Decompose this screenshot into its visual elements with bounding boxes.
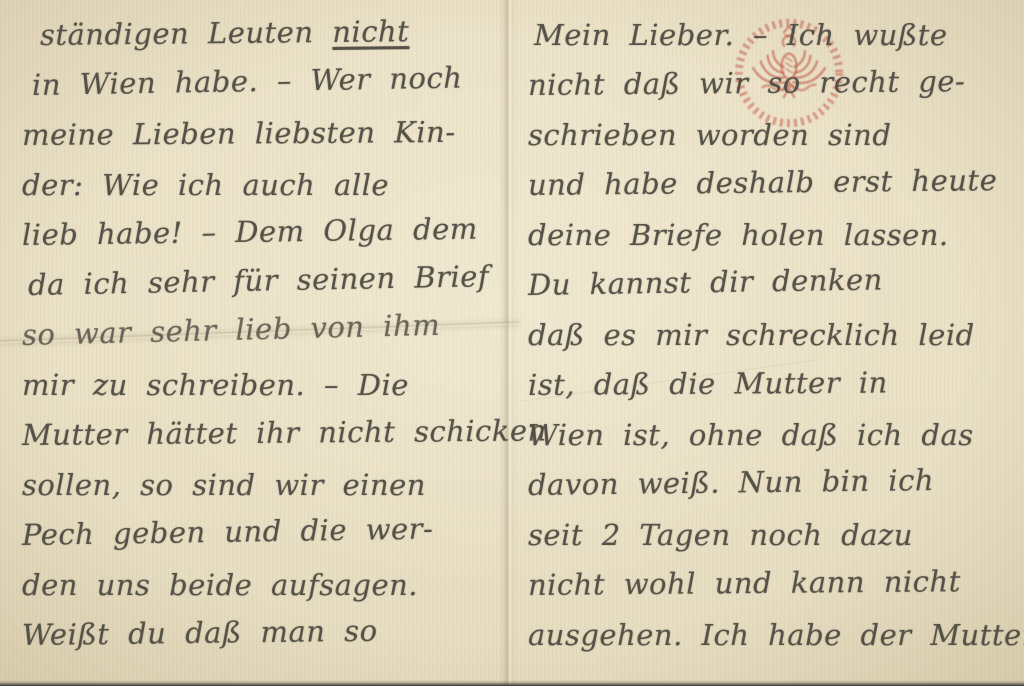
handwriting-line: Weißt du daß man so xyxy=(22,604,501,660)
handwriting-line: davon weiß. Nun bin ich xyxy=(528,454,1017,510)
scan-bottom-edge xyxy=(0,680,1024,686)
handwriting-line: meine Lieben liebsten Kin- xyxy=(22,107,500,160)
handwriting-line: schrieben worden sind xyxy=(528,110,1016,160)
handwriting-line: Mein Lieber. – Ich wußte xyxy=(534,10,1016,60)
handwriting-line: ausgehen. Ich habe der Mutter xyxy=(528,610,1016,660)
underlined-word: nicht xyxy=(332,14,409,49)
handwriting-line: nicht daß wir so recht ge- xyxy=(528,56,1016,110)
handwriting-line: mir zu schreiben. – Die xyxy=(22,360,500,410)
handwriting-line: Wien ist, ohne daß ich das xyxy=(528,410,1016,460)
handwriting-line: so war sehr lieb von ihm xyxy=(21,298,500,360)
handwriting-line: daß es mir schrecklich leid xyxy=(528,310,1016,360)
handwriting-line: den uns beide aufsagen. xyxy=(22,560,500,610)
handwriting-line: Pech geben und die wer- xyxy=(22,502,501,560)
center-fold-crease xyxy=(499,0,517,686)
letter-page-left: ständigen Leuten nichtin Wien habe. – We… xyxy=(22,10,500,660)
handwriting-line: ist, daß die Mutter in xyxy=(528,357,1016,410)
handwriting-line: nicht wohl und kann nicht xyxy=(528,556,1016,610)
handwriting-line: ständigen Leuten nicht xyxy=(40,5,500,60)
letter-page-right: Mein Lieber. – Ich wußtenicht daß wir so… xyxy=(528,10,1016,660)
handwriting-line: der: Wie ich auch alle xyxy=(22,160,500,210)
handwriting-line: in Wien habe. – Wer noch xyxy=(32,52,501,110)
letter-scan: { "document": { "type": "handwritten pen… xyxy=(0,0,1024,686)
handwriting-line: und habe deshalb erst heute xyxy=(528,155,1016,210)
handwriting-line: seit 2 Tagen noch dazu xyxy=(528,510,1016,560)
handwriting-line: sollen, so sind wir einen xyxy=(22,460,500,510)
handwriting-line: Du kannst dir denken xyxy=(528,252,1017,310)
handwriting-line: Mutter hättet ihr nicht schicken xyxy=(22,406,500,460)
